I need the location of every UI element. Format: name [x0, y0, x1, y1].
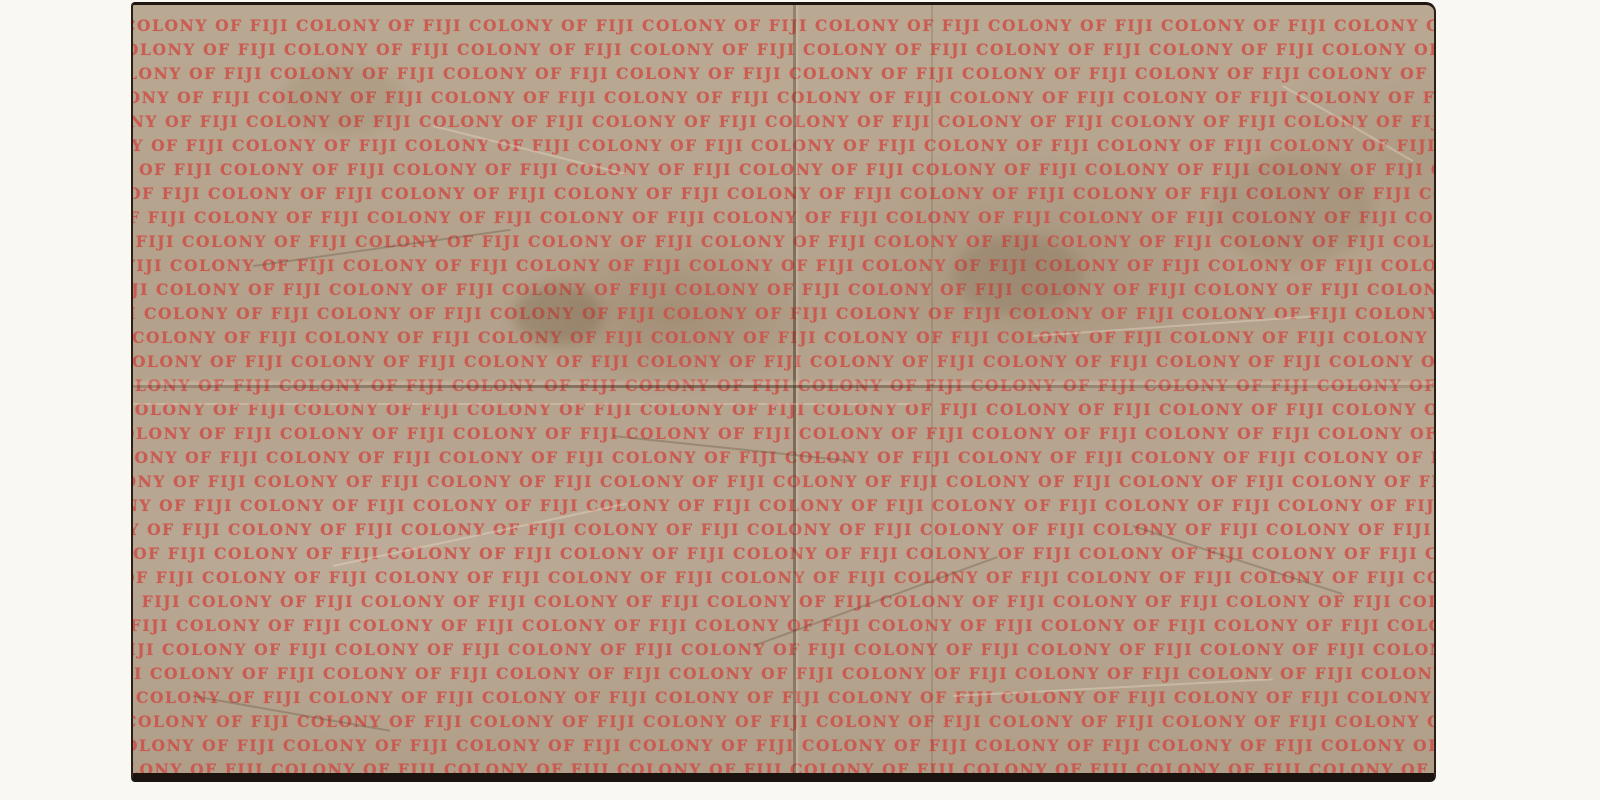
microprint-row: COLONY OF FIJI COLONY OF FIJI COLONY OF …	[131, 137, 1436, 155]
microprint-row: COLONY OF FIJI COLONY OF FIJI COLONY OF …	[131, 689, 1436, 707]
microprint-row: COLONY OF FIJI COLONY OF FIJI COLONY OF …	[131, 353, 1436, 371]
microprint-row: COLONY OF FIJI COLONY OF FIJI COLONY OF …	[131, 329, 1436, 347]
stain	[283, 65, 403, 135]
microprint-row: COLONY OF FIJI COLONY OF FIJI COLONY OF …	[131, 713, 1436, 731]
stain	[1213, 155, 1373, 265]
image-canvas: COLONY OF FIJI COLONY OF FIJI COLONY OF …	[0, 0, 1600, 800]
microprint-row: COLONY OF FIJI COLONY OF FIJI COLONY OF …	[131, 497, 1436, 515]
microprint-row: COLONY OF FIJI COLONY OF FIJI COLONY OF …	[131, 761, 1436, 779]
vertical-fold	[931, 5, 933, 773]
microprint-row: COLONY OF FIJI COLONY OF FIJI COLONY OF …	[131, 281, 1436, 299]
vertical-fold	[793, 5, 796, 773]
microprint-row: COLONY OF FIJI COLONY OF FIJI COLONY OF …	[131, 41, 1436, 59]
stain	[513, 285, 603, 345]
microprint-row: COLONY OF FIJI COLONY OF FIJI COLONY OF …	[131, 521, 1436, 539]
horizontal-fold	[133, 385, 1434, 388]
microprint-row: COLONY OF FIJI COLONY OF FIJI COLONY OF …	[131, 737, 1436, 755]
microprint-row: COLONY OF FIJI COLONY OF FIJI COLONY OF …	[131, 641, 1436, 659]
horizontal-fold-highlight	[133, 403, 914, 405]
microprint-row: COLONY OF FIJI COLONY OF FIJI COLONY OF …	[131, 425, 1436, 443]
microprint-row: COLONY OF FIJI COLONY OF FIJI COLONY OF …	[131, 593, 1436, 611]
stain	[953, 235, 1083, 315]
microprint-row: COLONY OF FIJI COLONY OF FIJI COLONY OF …	[131, 257, 1436, 275]
microprint-row: COLONY OF FIJI COLONY OF FIJI COLONY OF …	[131, 473, 1436, 491]
microprint-row: COLONY OF FIJI COLONY OF FIJI COLONY OF …	[131, 569, 1436, 587]
microprint-row: COLONY OF FIJI COLONY OF FIJI COLONY OF …	[131, 17, 1436, 35]
microprint-row: COLONY OF FIJI COLONY OF FIJI COLONY OF …	[131, 449, 1436, 467]
microprint-row: COLONY OF FIJI COLONY OF FIJI COLONY OF …	[131, 617, 1436, 635]
banknote: COLONY OF FIJI COLONY OF FIJI COLONY OF …	[131, 2, 1436, 782]
